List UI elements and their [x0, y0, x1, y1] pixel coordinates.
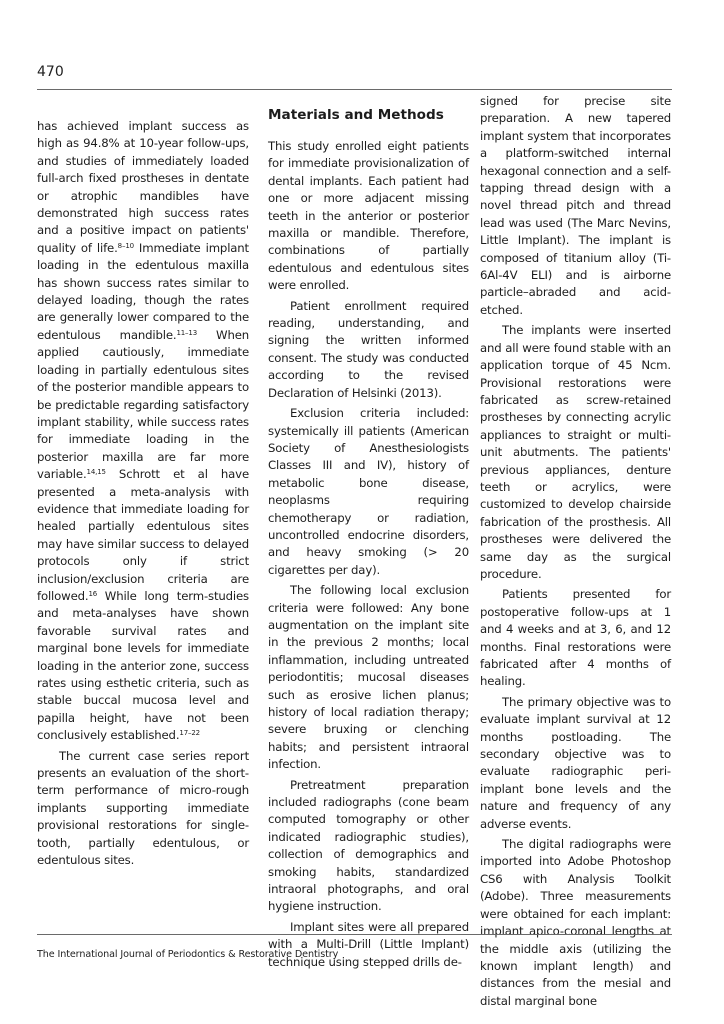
text-run: While long term-studies and meta-analyse… — [37, 589, 249, 742]
citation-superscript: 14,15 — [87, 468, 106, 476]
paragraph-pretreatment: Pretreatment preparation included radiog… — [268, 777, 469, 916]
column-3: signed for precise site preparation. A n… — [480, 93, 671, 1010]
paragraph-objectives: The primary objective was to evaluate im… — [480, 694, 671, 833]
text-run: has achieved implant success as high as … — [37, 119, 249, 255]
paragraph-case-series: The current case series report presents … — [37, 748, 249, 870]
text-run: Schrott et al have presented a meta-anal… — [37, 467, 249, 603]
page-number: 470 — [37, 64, 64, 80]
paragraph-implant-system: signed for precise site preparation. A n… — [480, 93, 671, 319]
paragraph-intro-continued: has achieved implant success as high as … — [37, 118, 249, 745]
citation-superscript: 16 — [88, 590, 97, 598]
paragraph-consent: Patient enrollment required reading, und… — [268, 298, 469, 402]
citation-superscript: 11–13 — [176, 329, 197, 337]
text-run: Immediate implant loading in the edentul… — [37, 241, 249, 342]
citation-superscript: 8–10 — [118, 242, 134, 250]
footer-rule — [37, 934, 672, 935]
paragraph-follow-ups: Patients presented for postoperative fol… — [480, 586, 671, 690]
paragraph-implant-sites: Implant sites were all prepared with a M… — [268, 919, 469, 971]
footer-journal-title: The International Journal of Periodontic… — [37, 949, 338, 960]
paragraph-exclusion-criteria: Exclusion criteria included: systemicall… — [268, 405, 469, 579]
text-run: When applied cautiously, immediate loadi… — [37, 328, 249, 481]
paragraph-local-exclusion: The following local exclusion criteria w… — [268, 582, 469, 773]
paragraph-insertion: The implants were inserted and all were … — [480, 322, 671, 583]
paragraph-radiographs: The digital radiographs were imported in… — [480, 836, 671, 1010]
column-1: has achieved implant success as high as … — [37, 118, 249, 869]
section-heading-materials-methods: Materials and Methods — [268, 106, 469, 124]
header-rule — [37, 89, 672, 90]
column-2: Materials and Methods This study enrolle… — [268, 96, 469, 971]
paragraph-enrollment: This study enrolled eight patients for i… — [268, 138, 469, 295]
citation-superscript: 17–22 — [179, 729, 200, 737]
